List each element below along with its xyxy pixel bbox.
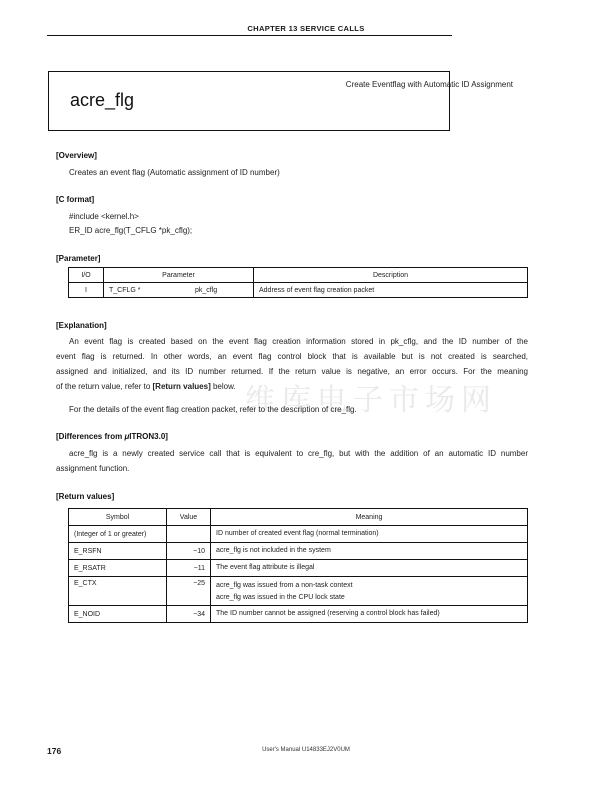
header-rule xyxy=(47,35,452,36)
description-cell: Address of event flag creation packet xyxy=(254,283,528,298)
symbol-cell: E_NOID xyxy=(69,606,167,623)
document-id: User's Manual U14833EJ2V0UM xyxy=(0,747,612,753)
column-header: Value xyxy=(167,509,211,526)
table-row: E_RSFN−10acre_flg is not included in the… xyxy=(69,543,528,560)
meaning-line: acre_flg was issued in the CPU lock stat… xyxy=(216,592,522,604)
parameter-heading: [Parameter] xyxy=(56,254,100,263)
table-row: E_RSATR−11The event flag attribute is il… xyxy=(69,560,528,577)
table-row: I T_CFLG *pk_cflg Address of event flag … xyxy=(69,283,528,298)
differences-paragraph: acre_flg is a newly created service call… xyxy=(56,446,528,476)
value-cell: −34 xyxy=(167,606,211,623)
meaning-cell: acre_flg is not included in the system xyxy=(211,543,528,560)
return-values-heading: [Return values] xyxy=(56,492,114,501)
value-cell: −25 xyxy=(167,577,211,606)
table-row: (Integer of 1 or greater)ID number of cr… xyxy=(69,526,528,543)
symbol-cell: E_RSATR xyxy=(69,560,167,577)
meaning-cell: The event flag attribute is illegal xyxy=(211,560,528,577)
text: of the return value, refer to xyxy=(56,382,153,391)
explanation-paragraph-2: For the details of the event flag creati… xyxy=(69,402,357,417)
column-header: Description xyxy=(254,268,528,283)
table-row: E_NOID−34The ID number cannot be assigne… xyxy=(69,606,528,623)
meaning-line: acre_flg is not included in the system xyxy=(216,545,522,557)
parameter-table: I/O Parameter Description I T_CFLG *pk_c… xyxy=(68,267,528,298)
value-cell: −11 xyxy=(167,560,211,577)
meaning-cell: acre_flg was issued from a non-task cont… xyxy=(211,577,528,606)
running-head: CHAPTER 13 SERVICE CALLS xyxy=(0,24,612,33)
parameter-name: pk_cflg xyxy=(195,287,217,294)
c-format-line: ER_ID acre_flg(T_CFLG *pk_cflg); xyxy=(69,223,192,238)
return-values-table: Symbol Value Meaning (Integer of 1 or gr… xyxy=(68,508,528,623)
meaning-line: ID number of created event flag (normal … xyxy=(216,528,522,540)
symbol-cell: E_RSFN xyxy=(69,543,167,560)
explanation-line: of the return value, refer to [Return va… xyxy=(56,379,528,394)
service-call-name: acre_flg xyxy=(70,90,134,111)
table-header-row: Symbol Value Meaning xyxy=(69,509,528,526)
value-cell xyxy=(167,526,211,543)
meaning-line: acre_flg was issued from a non-task cont… xyxy=(216,580,522,592)
differences-line: acre_flg is a newly created service call… xyxy=(56,446,528,461)
explanation-line: event flag is returned. In other words, … xyxy=(56,349,528,364)
parameter-type: T_CFLG * xyxy=(109,287,195,294)
explanation-paragraph: An event flag is created based on the ev… xyxy=(56,334,528,394)
symbol-cell: (Integer of 1 or greater) xyxy=(69,526,167,543)
io-cell: I xyxy=(69,283,104,298)
table-row: E_CTX−25acre_flg was issued from a non-t… xyxy=(69,577,528,606)
table-header-row: I/O Parameter Description xyxy=(69,268,528,283)
explanation-line: An event flag is created based on the ev… xyxy=(56,334,528,349)
service-call-subtitle: Create Eventflag with Automatic ID Assig… xyxy=(276,80,513,89)
column-header: Symbol xyxy=(69,509,167,526)
overview-heading: [Overview] xyxy=(56,151,97,160)
column-header: Meaning xyxy=(211,509,528,526)
meaning-cell: The ID number cannot be assigned (reserv… xyxy=(211,606,528,623)
symbol-cell: E_CTX xyxy=(69,577,167,606)
differences-line: assignment function. xyxy=(56,461,528,476)
meaning-line: The event flag attribute is illegal xyxy=(216,562,522,574)
value-cell: −10 xyxy=(167,543,211,560)
return-values-ref: [Return values] xyxy=(153,382,211,391)
meaning-cell: ID number of created event flag (normal … xyxy=(211,526,528,543)
text: [Differences from xyxy=(56,432,124,441)
text: below. xyxy=(211,382,236,391)
parameter-cell: T_CFLG *pk_cflg xyxy=(104,283,254,298)
text: ITRON3.0] xyxy=(129,432,168,441)
column-header: I/O xyxy=(69,268,104,283)
meaning-line: The ID number cannot be assigned (reserv… xyxy=(216,608,522,620)
differences-heading: [Differences from μITRON3.0] xyxy=(56,432,168,441)
explanation-line: assigned and initialized, and its ID num… xyxy=(56,364,528,379)
c-format-line: #include <kernel.h> xyxy=(69,209,139,224)
overview-text: Creates an event flag (Automatic assignm… xyxy=(69,165,280,180)
column-header: Parameter xyxy=(104,268,254,283)
c-format-heading: [C format] xyxy=(56,195,94,204)
explanation-heading: [Explanation] xyxy=(56,321,107,330)
